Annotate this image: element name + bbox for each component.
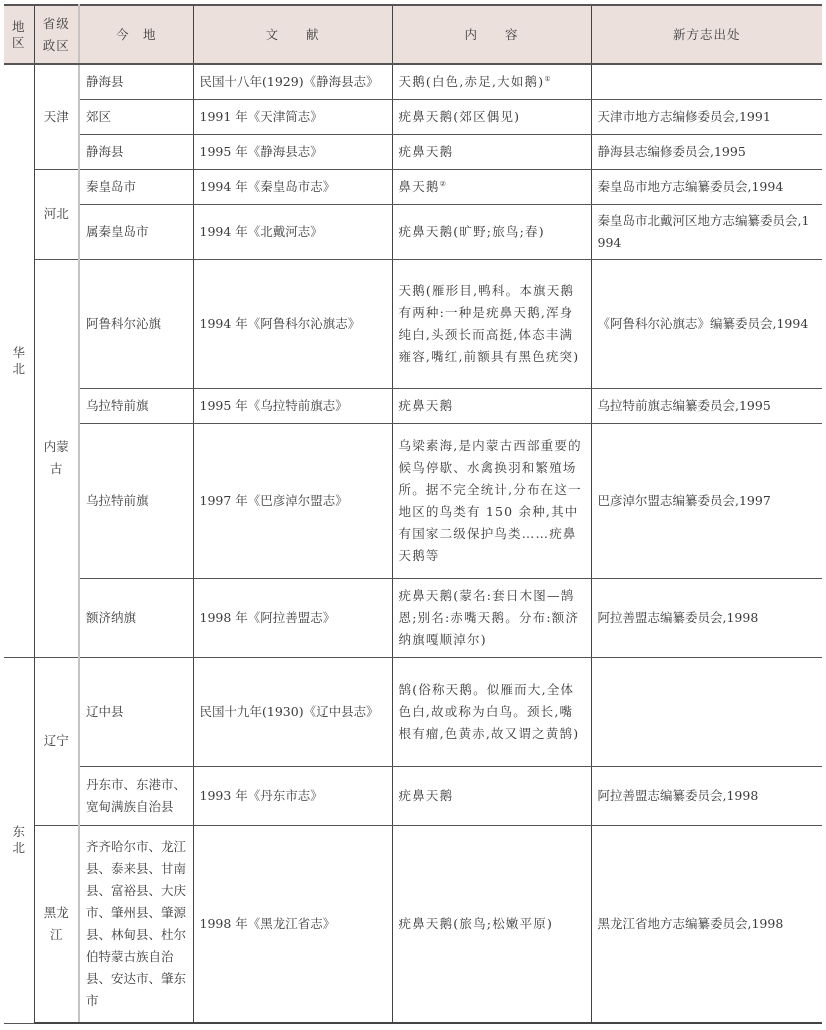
place-cell: 静海县 xyxy=(79,64,193,99)
source-cell: 秦皇岛市地方志编纂委员会,1994 xyxy=(591,169,822,204)
header-province: 省级 政区 xyxy=(34,5,79,64)
place-cell: 阿鲁科尔沁旗 xyxy=(79,259,193,388)
table-row: 乌拉特前旗 1997 年《巴彦淖尔盟志》 乌梁素海,是内蒙古西部重要的候鸟停歇、… xyxy=(4,423,822,578)
source-cell: 阿拉善盟志编纂委员会,1998 xyxy=(591,578,822,657)
document-cell: 1994 年《秦皇岛市志》 xyxy=(193,169,392,204)
header-document: 文 献 xyxy=(193,5,392,64)
content-text: 鼻天鹅 xyxy=(399,179,440,194)
region-cell-huabei: 华北 xyxy=(4,64,34,657)
document-cell: 1995 年《乌拉特前旗志》 xyxy=(193,388,392,423)
place-cell: 静海县 xyxy=(79,134,193,169)
document-cell: 1991 年《天津简志》 xyxy=(193,99,392,134)
place-cell: 齐齐哈尔市、龙江县、泰来县、甘南县、富裕县、大庆市、肇州县、肇源县、林甸县、杜尔… xyxy=(79,825,193,1023)
table-row: 额济纳旗 1998 年《阿拉善盟志》 疣鼻天鹅(蒙名:套日木图—鹄恩;别名:赤嘴… xyxy=(4,578,822,657)
province-cell-liaoning: 辽宁 xyxy=(34,657,79,825)
footnote-marker: ② xyxy=(440,179,447,187)
content-cell: 鹄(俗称天鹅。似雁而大,全体色白,故或称为白鸟。颈长,嘴根有瘤,色黄赤,故又谓之… xyxy=(392,657,591,766)
place-cell: 秦皇岛市 xyxy=(79,169,193,204)
header-region: 地区 xyxy=(4,5,34,64)
source-cell xyxy=(591,64,822,99)
place-cell: 丹东市、东港市、宽甸满族自治县 xyxy=(79,766,193,825)
content-cell: 疣鼻天鹅 xyxy=(392,134,591,169)
table-row: 河北 秦皇岛市 1994 年《秦皇岛市志》 鼻天鹅② 秦皇岛市地方志编纂委员会,… xyxy=(4,169,822,204)
content-cell: 疣鼻天鹅 xyxy=(392,766,591,825)
document-cell: 1994 年《北戴河志》 xyxy=(193,204,392,259)
content-cell: 疣鼻天鹅(旅鸟;松嫩平原) xyxy=(392,825,591,1023)
source-cell: 巴彦淖尔盟志编纂委员会,1997 xyxy=(591,423,822,578)
source-cell: 阿拉善盟志编纂委员会,1998 xyxy=(591,766,822,825)
header-row: 地区 省级 政区 今 地 文 献 内 容 新方志出处 xyxy=(4,5,822,64)
header-source: 新方志出处 xyxy=(591,5,822,64)
document-cell: 1995 年《静海县志》 xyxy=(193,134,392,169)
place-cell: 乌拉特前旗 xyxy=(79,388,193,423)
document-cell: 1997 年《巴彦淖尔盟志》 xyxy=(193,423,392,578)
content-cell: 乌梁素海,是内蒙古西部重要的候鸟停歇、水禽换羽和繁殖场所。据不完全统计,分布在这… xyxy=(392,423,591,578)
content-cell: 天鹅(雁形目,鸭科。本旗天鹅有两种:一种是疣鼻天鹅,浑身纯白,头颈长而高挺,体态… xyxy=(392,259,591,388)
place-cell: 辽中县 xyxy=(79,657,193,766)
content-cell: 疣鼻天鹅(郊区偶见) xyxy=(392,99,591,134)
source-cell: 乌拉特前旗志编纂委员会,1995 xyxy=(591,388,822,423)
province-cell-tianjin: 天津 xyxy=(34,64,79,169)
content-cell: 疣鼻天鹅(旷野;旅鸟;春) xyxy=(392,204,591,259)
header-region-label: 地区 xyxy=(12,19,26,51)
province-line2: 古 xyxy=(39,458,75,480)
footnote-marker: ① xyxy=(544,75,551,83)
content-cell: 鼻天鹅② xyxy=(392,169,591,204)
header-province-line2: 政区 xyxy=(39,35,75,57)
content-cell: 疣鼻天鹅(蒙名:套日木图—鹄恩;别名:赤嘴天鹅。分布:额济纳旗嘎顺淖尔) xyxy=(392,578,591,657)
place-cell: 额济纳旗 xyxy=(79,578,193,657)
source-cell: 秦皇岛市北戴河区地方志编纂委员会,1994 xyxy=(591,204,822,259)
content-cell: 疣鼻天鹅 xyxy=(392,388,591,423)
place-cell: 属秦皇岛市 xyxy=(79,204,193,259)
table-row: 郊区 1991 年《天津简志》 疣鼻天鹅(郊区偶见) 天津市地方志编修委员会,1… xyxy=(4,99,822,134)
province-cell-hebei: 河北 xyxy=(34,169,79,259)
region-label: 东北 xyxy=(12,824,26,856)
document-cell: 民国十八年(1929)《静海县志》 xyxy=(193,64,392,99)
document-cell: 1994 年《阿鲁科尔沁旗志》 xyxy=(193,259,392,388)
source-cell: 天津市地方志编修委员会,1991 xyxy=(591,99,822,134)
document-cell: 1998 年《阿拉善盟志》 xyxy=(193,578,392,657)
source-cell: 《阿鲁科尔沁旗志》编纂委员会,1994 xyxy=(591,259,822,388)
content-text: 天鹅(白色,赤足,大如鹅) xyxy=(399,74,545,89)
table-row: 黑龙 江 齐齐哈尔市、龙江县、泰来县、甘南县、富裕县、大庆市、肇州县、肇源县、林… xyxy=(4,825,822,1023)
table-header: 地区 省级 政区 今 地 文 献 内 容 新方志出处 xyxy=(4,5,822,64)
place-cell: 乌拉特前旗 xyxy=(79,423,193,578)
table-row: 内蒙 古 阿鲁科尔沁旗 1994 年《阿鲁科尔沁旗志》 天鹅(雁形目,鸭科。本旗… xyxy=(4,259,822,388)
table-row: 东北 辽宁 辽中县 民国十九年(1930)《辽中县志》 鹄(俗称天鹅。似雁而大,… xyxy=(4,657,822,766)
source-cell: 静海县志编修委员会,1995 xyxy=(591,134,822,169)
province-line1: 内蒙 xyxy=(39,436,75,458)
document-cell: 1993 年《丹东市志》 xyxy=(193,766,392,825)
region-label: 华北 xyxy=(12,345,26,377)
swan-records-table: 地区 省级 政区 今 地 文 献 内 容 新方志出处 华北 天津 静海县 民国十… xyxy=(4,4,822,1024)
table-row: 华北 天津 静海县 民国十八年(1929)《静海县志》 天鹅(白色,赤足,大如鹅… xyxy=(4,64,822,99)
table-row: 丹东市、东港市、宽甸满族自治县 1993 年《丹东市志》 疣鼻天鹅 阿拉善盟志编… xyxy=(4,766,822,825)
table-row: 静海县 1995 年《静海县志》 疣鼻天鹅 静海县志编修委员会,1995 xyxy=(4,134,822,169)
content-cell: 天鹅(白色,赤足,大如鹅)① xyxy=(392,64,591,99)
document-cell: 1998 年《黑龙江省志》 xyxy=(193,825,392,1023)
source-cell xyxy=(591,657,822,766)
document-cell: 民国十九年(1930)《辽中县志》 xyxy=(193,657,392,766)
province-line2: 江 xyxy=(39,924,75,946)
source-cell: 黑龙江省地方志编纂委员会,1998 xyxy=(591,825,822,1023)
header-content: 内 容 xyxy=(392,5,591,64)
province-cell-neimenggu: 内蒙 古 xyxy=(34,259,79,657)
table-row: 属秦皇岛市 1994 年《北戴河志》 疣鼻天鹅(旷野;旅鸟;春) 秦皇岛市北戴河… xyxy=(4,204,822,259)
province-line1: 黑龙 xyxy=(39,902,75,924)
region-cell-dongbei: 东北 xyxy=(4,657,34,1023)
header-province-line1: 省级 xyxy=(39,13,75,35)
table-body: 华北 天津 静海县 民国十八年(1929)《静海县志》 天鹅(白色,赤足,大如鹅… xyxy=(4,64,822,1023)
place-cell: 郊区 xyxy=(79,99,193,134)
table-row: 乌拉特前旗 1995 年《乌拉特前旗志》 疣鼻天鹅 乌拉特前旗志编纂委员会,19… xyxy=(4,388,822,423)
header-place: 今 地 xyxy=(79,5,193,64)
province-cell-heilongjiang: 黑龙 江 xyxy=(34,825,79,1023)
